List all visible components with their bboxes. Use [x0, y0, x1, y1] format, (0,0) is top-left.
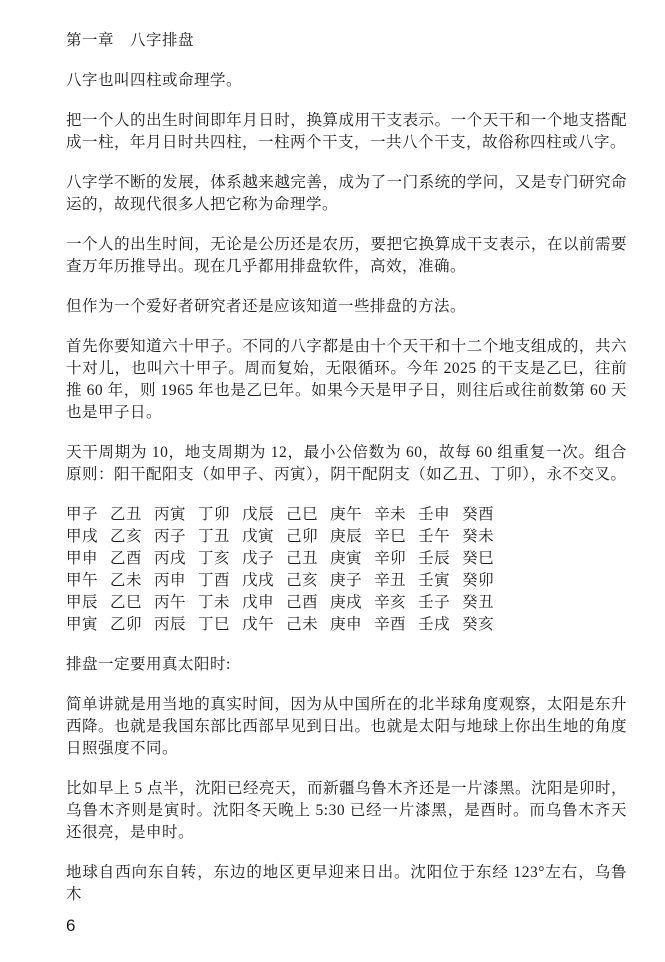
sixty-jiazi-table: 甲子乙丑丙寅丁卯戊辰己巳庚午辛未壬申癸酉 甲戌乙亥丙子丁丑戊寅己卯庚辰辛巳壬午癸…: [66, 504, 627, 636]
jiazi-cell: 丁丑: [198, 526, 230, 548]
jiazi-cell: 乙未: [110, 570, 142, 592]
jiazi-cell: 辛丑: [374, 570, 406, 592]
jiazi-cell: 癸卯: [462, 570, 494, 592]
jiazi-cell: 己丑: [286, 548, 318, 570]
jiazi-cell: 丁酉: [198, 570, 230, 592]
body-paragraph: 把一个人的出生时间即年月日时，换算成用干支表示。一个天干和一个地支搭配成一柱，年…: [66, 110, 627, 154]
body-paragraph: 一个人的出生时间，无论是公历还是农历，要把它换算成干支表示，在以前需要查万年历推…: [66, 234, 627, 278]
jiazi-cell: 甲申: [66, 548, 98, 570]
chapter-heading: 第一章 八字排盘: [66, 30, 627, 52]
jiazi-row: 甲辰乙巳丙午丁未戊申己酉庚戌辛亥壬子癸丑: [66, 592, 627, 614]
body-paragraph: 排盘一定要用真太阳时:: [66, 654, 627, 676]
jiazi-cell: 戊午: [242, 614, 274, 636]
body-paragraph: 天干周期为 10，地支周期为 12，最小公倍数为 60，故每 60 组重复一次。…: [66, 442, 627, 486]
jiazi-cell: 己巳: [286, 504, 318, 526]
jiazi-cell: 庚申: [330, 614, 362, 636]
page-number: 6: [66, 916, 75, 936]
jiazi-cell: 丙戌: [154, 548, 186, 570]
jiazi-cell: 丁巳: [198, 614, 230, 636]
jiazi-cell: 丁未: [198, 592, 230, 614]
jiazi-cell: 庚寅: [330, 548, 362, 570]
jiazi-cell: 癸亥: [462, 614, 494, 636]
jiazi-cell: 丙申: [154, 570, 186, 592]
jiazi-row: 甲子乙丑丙寅丁卯戊辰己巳庚午辛未壬申癸酉: [66, 504, 627, 526]
jiazi-row: 甲申乙酉丙戌丁亥戊子己丑庚寅辛卯壬辰癸巳: [66, 548, 627, 570]
jiazi-cell: 丙子: [154, 526, 186, 548]
jiazi-row: 甲寅乙卯丙辰丁巳戊午己未庚申辛酉壬戌癸亥: [66, 614, 627, 636]
jiazi-row: 甲午乙未丙申丁酉戊戌己亥庚子辛丑壬寅癸卯: [66, 570, 627, 592]
jiazi-row: 甲戌乙亥丙子丁丑戊寅己卯庚辰辛巳壬午癸未: [66, 526, 627, 548]
jiazi-cell: 辛巳: [374, 526, 406, 548]
jiazi-cell: 己卯: [286, 526, 318, 548]
jiazi-cell: 戊辰: [242, 504, 274, 526]
jiazi-cell: 癸未: [462, 526, 494, 548]
jiazi-cell: 丙寅: [154, 504, 186, 526]
jiazi-cell: 庚戌: [330, 592, 362, 614]
jiazi-cell: 甲午: [66, 570, 98, 592]
jiazi-cell: 乙巳: [110, 592, 142, 614]
jiazi-cell: 己亥: [286, 570, 318, 592]
jiazi-cell: 戊子: [242, 548, 274, 570]
jiazi-cell: 壬子: [418, 592, 450, 614]
jiazi-cell: 甲寅: [66, 614, 98, 636]
document-page: 第一章 八字排盘 八字也叫四柱或命理学。 把一个人的出生时间即年月日时，换算成用…: [0, 0, 665, 962]
jiazi-cell: 乙卯: [110, 614, 142, 636]
body-paragraph: 但作为一个爱好者研究者还是应该知道一些排盘的方法。: [66, 296, 627, 318]
jiazi-cell: 辛卯: [374, 548, 406, 570]
jiazi-cell: 甲戌: [66, 526, 98, 548]
jiazi-cell: 乙酉: [110, 548, 142, 570]
jiazi-cell: 辛酉: [374, 614, 406, 636]
jiazi-cell: 丁卯: [198, 504, 230, 526]
jiazi-cell: 庚子: [330, 570, 362, 592]
jiazi-cell: 丙午: [154, 592, 186, 614]
jiazi-cell: 壬午: [418, 526, 450, 548]
jiazi-cell: 壬寅: [418, 570, 450, 592]
jiazi-cell: 庚午: [330, 504, 362, 526]
body-paragraph: 八字也叫四柱或命理学。: [66, 70, 627, 92]
jiazi-cell: 己酉: [286, 592, 318, 614]
jiazi-cell: 癸酉: [462, 504, 494, 526]
jiazi-cell: 甲子: [66, 504, 98, 526]
jiazi-cell: 壬辰: [418, 548, 450, 570]
jiazi-cell: 壬申: [418, 504, 450, 526]
jiazi-cell: 癸丑: [462, 592, 494, 614]
body-paragraph: 简单讲就是用当地的真实时间，因为从中国所在的北半球角度观察，太阳是东升西降。也就…: [66, 694, 627, 760]
jiazi-cell: 己未: [286, 614, 318, 636]
jiazi-cell: 丁亥: [198, 548, 230, 570]
jiazi-cell: 戊戌: [242, 570, 274, 592]
jiazi-cell: 庚辰: [330, 526, 362, 548]
jiazi-cell: 乙丑: [110, 504, 142, 526]
jiazi-cell: 戊寅: [242, 526, 274, 548]
body-paragraph: 比如早上 5 点半，沈阳已经亮天，而新疆乌鲁木齐还是一片漆黑。沈阳是卯时，乌鲁木…: [66, 778, 627, 844]
jiazi-cell: 癸巳: [462, 548, 494, 570]
jiazi-cell: 戊申: [242, 592, 274, 614]
jiazi-cell: 辛亥: [374, 592, 406, 614]
jiazi-cell: 乙亥: [110, 526, 142, 548]
jiazi-cell: 壬戌: [418, 614, 450, 636]
body-paragraph: 地球自西向东自转，东边的地区更早迎来日出。沈阳位于东经 123°左右，乌鲁木: [66, 862, 627, 906]
body-paragraph: 八字学不断的发展，体系越来越完善，成为了一门系统的学问，又是专门研究命运的，故现…: [66, 172, 627, 216]
jiazi-cell: 甲辰: [66, 592, 98, 614]
jiazi-cell: 丙辰: [154, 614, 186, 636]
jiazi-cell: 辛未: [374, 504, 406, 526]
body-paragraph: 首先你要知道六十甲子。不同的八字都是由十个天干和十二个地支组成的，共六十对儿，也…: [66, 336, 627, 424]
